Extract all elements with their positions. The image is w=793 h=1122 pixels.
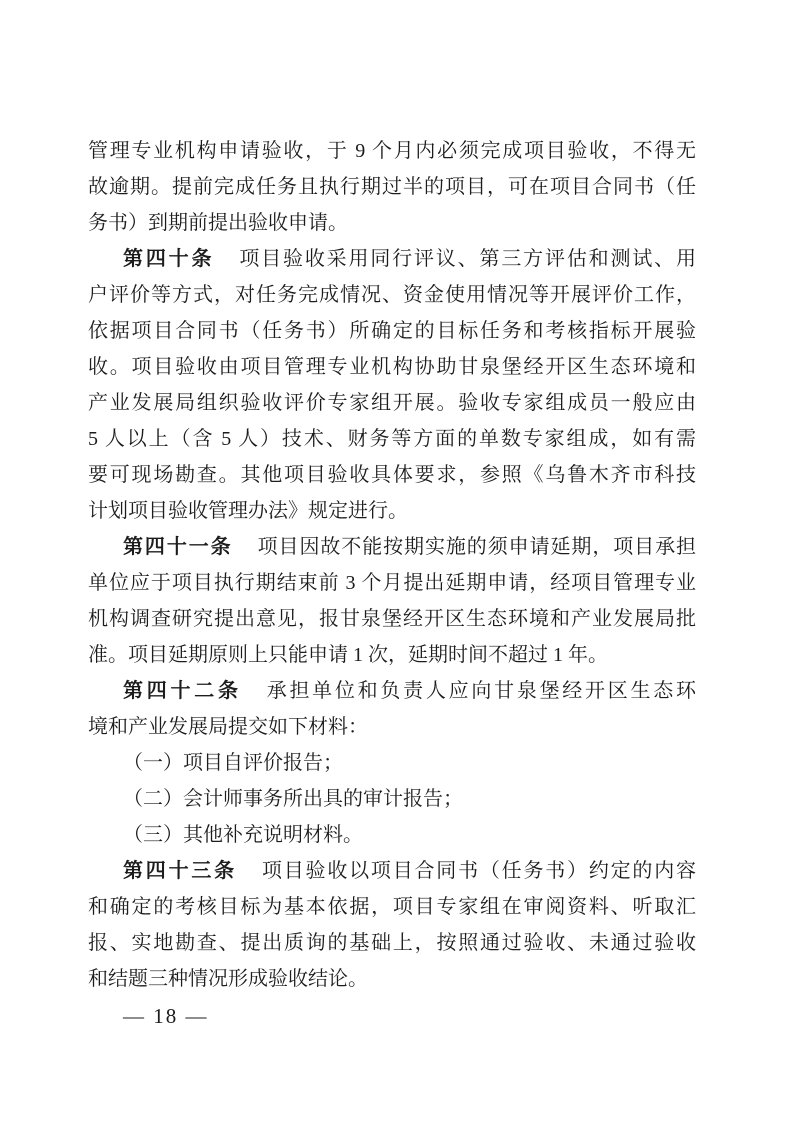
line-text: 务书）到期前提出验收申请。 <box>88 212 348 234</box>
line-text: 单位应于项目执行期结束前 3 个月提出延期申请，经项目管理专业 <box>88 572 696 594</box>
line-text: 管理专业机构申请验收，于 9 个月内必须完成项目验收，不得无 <box>88 140 696 162</box>
document-body: 管理专业机构申请验收，于 9 个月内必须完成项目验收，不得无故逾期。提前完成任务… <box>88 133 696 997</box>
paragraph: 第四十二条承担单位和负责人应向甘泉堡经开区生态环境和产业发展局提交如下材料： <box>88 673 696 745</box>
document-line: 第四十一条项目因故不能按期实施的须申请延期，项目承担 <box>88 529 696 565</box>
document-line: 单位应于项目执行期结束前 3 个月提出延期申请，经项目管理专业 <box>88 565 696 601</box>
document-line: 户评价等方式，对任务完成情况、资金使用情况等开展评价工作， <box>88 277 696 313</box>
line-text: 要可现场勘查。其他项目验收具体要求，参照《乌鲁木齐市科技 <box>88 464 696 486</box>
paragraph: 第四十一条项目因故不能按期实施的须申请延期，项目承担单位应于项目执行期结束前 3… <box>88 529 696 673</box>
document-line: 故逾期。提前完成任务且执行期过半的项目，可在项目合同书（任 <box>88 169 696 205</box>
document-line: （一）项目自评价报告； <box>88 745 696 781</box>
list-item-paragraph: （三）其他补充说明材料。 <box>88 817 696 853</box>
line-text: 故逾期。提前完成任务且执行期过半的项目，可在项目合同书（任 <box>88 176 696 198</box>
line-text: 承担单位和负责人应向甘泉堡经开区生态环 <box>267 680 696 702</box>
document-line: 准。项目延期原则上只能申请 1 次，延期时间不超过 1 年。 <box>88 637 696 673</box>
line-text: 计划项目验收管理办法》规定进行。 <box>88 500 408 522</box>
list-item-paragraph: （一）项目自评价报告； <box>88 745 696 781</box>
document-line: 务书）到期前提出验收申请。 <box>88 205 696 241</box>
document-page: 管理专业机构申请验收，于 9 个月内必须完成项目验收，不得无故逾期。提前完成任务… <box>0 0 793 1122</box>
line-text: 准。项目延期原则上只能申请 1 次，延期时间不超过 1 年。 <box>88 644 608 666</box>
line-text: 报、实地勘查、提出质询的基础上，按照通过验收、未通过验收 <box>88 932 696 954</box>
document-line: 产业发展局组织验收评价专家组开展。验收专家组成员一般应由 <box>88 385 696 421</box>
document-line: 第四十条项目验收采用同行评议、第三方评估和测试、用 <box>88 241 696 277</box>
paragraph: 第四十条项目验收采用同行评议、第三方评估和测试、用户评价等方式，对任务完成情况、… <box>88 241 696 529</box>
line-text: （一）项目自评价报告； <box>123 752 343 774</box>
document-line: （三）其他补充说明材料。 <box>88 817 696 853</box>
document-line: 机构调查研究提出意见，报甘泉堡经开区生态环境和产业发展局批 <box>88 601 696 637</box>
article-number: 第四十三条 <box>123 860 237 882</box>
document-line: 第四十三条项目验收以项目合同书（任务书）约定的内容 <box>88 853 696 889</box>
line-text: 机构调查研究提出意见，报甘泉堡经开区生态环境和产业发展局批 <box>88 608 696 630</box>
document-line: 要可现场勘查。其他项目验收具体要求，参照《乌鲁木齐市科技 <box>88 457 696 493</box>
line-text: 项目因故不能按期实施的须申请延期，项目承担 <box>258 536 696 558</box>
paragraph: 第四十三条项目验收以项目合同书（任务书）约定的内容和确定的考核目标为基本依据，项… <box>88 853 696 997</box>
document-line: 报、实地勘查、提出质询的基础上，按照通过验收、未通过验收 <box>88 925 696 961</box>
page-number: — 18 — <box>123 1002 209 1030</box>
document-line: 第四十二条承担单位和负责人应向甘泉堡经开区生态环 <box>88 673 696 709</box>
line-text: 5 人以上（含 5 人）技术、财务等方面的单数专家组成，如有需 <box>88 428 696 450</box>
line-text: 产业发展局组织验收评价专家组开展。验收专家组成员一般应由 <box>88 392 696 414</box>
paragraph: 管理专业机构申请验收，于 9 个月内必须完成项目验收，不得无故逾期。提前完成任务… <box>88 133 696 241</box>
line-text: 境和产业发展局提交如下材料： <box>88 716 368 738</box>
line-text: （三）其他补充说明材料。 <box>123 824 363 846</box>
line-text: 和确定的考核目标为基本依据，项目专家组在审阅资料、听取汇 <box>88 896 696 918</box>
line-text: 户评价等方式，对任务完成情况、资金使用情况等开展评价工作， <box>88 284 696 306</box>
document-line: 和结题三种情况形成验收结论。 <box>88 961 696 997</box>
line-text: 项目验收以项目合同书（任务书）约定的内容 <box>262 860 696 882</box>
list-item-paragraph: （二）会计师事务所出具的审计报告； <box>88 781 696 817</box>
document-line: （二）会计师事务所出具的审计报告； <box>88 781 696 817</box>
document-line: 和确定的考核目标为基本依据，项目专家组在审阅资料、听取汇 <box>88 889 696 925</box>
document-line: 收。项目验收由项目管理专业机构协助甘泉堡经开区生态环境和 <box>88 349 696 385</box>
document-line: 境和产业发展局提交如下材料： <box>88 709 696 745</box>
document-line: 依据项目合同书（任务书）所确定的目标任务和考核指标开展验 <box>88 313 696 349</box>
document-line: 计划项目验收管理办法》规定进行。 <box>88 493 696 529</box>
line-text: （二）会计师事务所出具的审计报告； <box>123 788 463 810</box>
document-line: 管理专业机构申请验收，于 9 个月内必须完成项目验收，不得无 <box>88 133 696 169</box>
line-text: 收。项目验收由项目管理专业机构协助甘泉堡经开区生态环境和 <box>88 356 696 378</box>
document-line: 5 人以上（含 5 人）技术、财务等方面的单数专家组成，如有需 <box>88 421 696 457</box>
article-number: 第四十一条 <box>123 536 233 558</box>
article-number: 第四十二条 <box>123 680 242 702</box>
line-text: 和结题三种情况形成验收结论。 <box>88 968 368 990</box>
line-text: 依据项目合同书（任务书）所确定的目标任务和考核指标开展验 <box>88 320 696 342</box>
line-text: 项目验收采用同行评议、第三方评估和测试、用 <box>239 248 696 270</box>
article-number: 第四十条 <box>123 248 214 270</box>
